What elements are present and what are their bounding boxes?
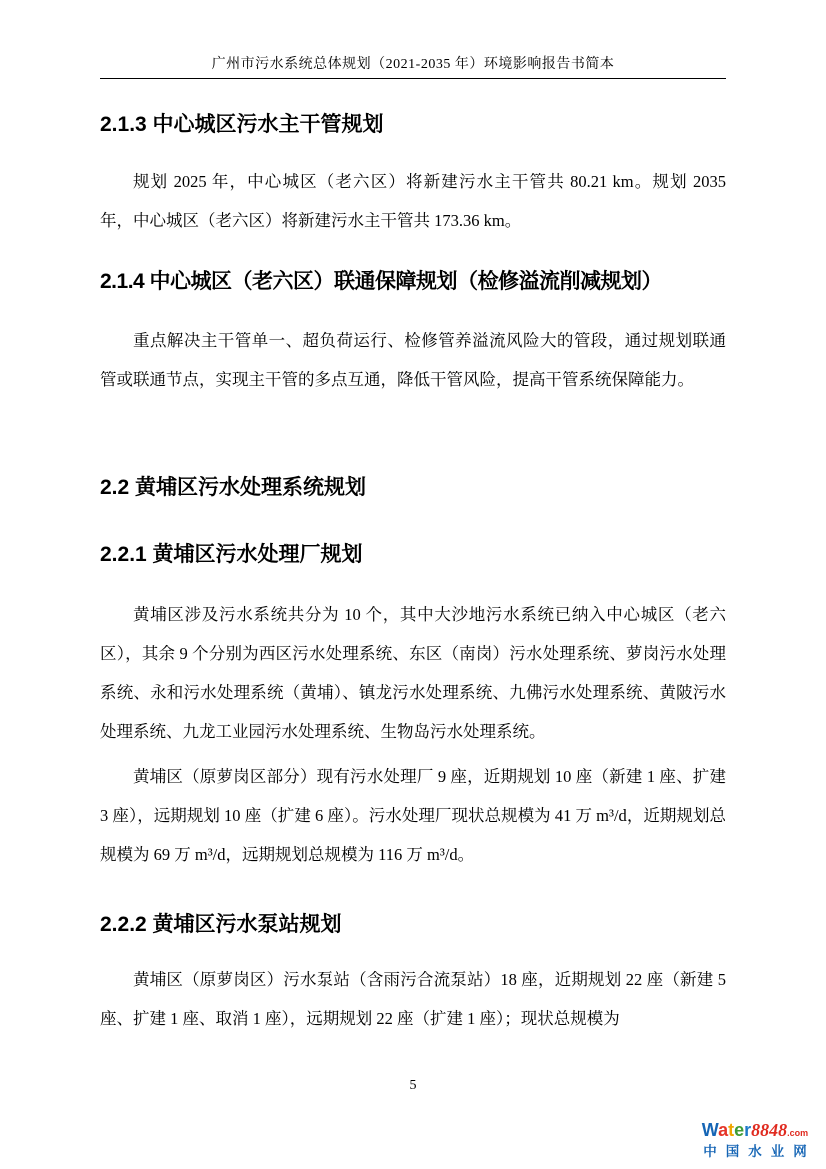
water8848-logo: Water8848.com 中国水业网 xyxy=(687,1120,823,1161)
logo-tld: .com xyxy=(787,1128,808,1138)
section-heading-2-1-3: 2.1.3 中心城区污水主干管规划 xyxy=(100,111,726,139)
logo-number: 8848 xyxy=(751,1120,787,1140)
paragraph-2-2-2: 黄埔区（原萝岗区）污水泵站（含雨污合流泵站）18 座，近期规划 22 座（新建 … xyxy=(100,960,726,1038)
logo-letter-w: W xyxy=(702,1120,718,1140)
section-heading-2-2: 2.2 黄埔区污水处理系统规划 xyxy=(100,474,726,502)
section-heading-2-1-4: 2.1.4 中心城区（老六区）联通保障规划（检修溢流削减规划） xyxy=(100,268,726,296)
paragraph-2-2-1-b: 黄埔区（原萝岗区部分）现有污水处理厂 9 座，近期规划 10 座（新建 1 座、… xyxy=(100,757,726,874)
paragraph-2-1-4: 重点解决主干管单一、超负荷运行、检修管养溢流风险大的管段，通过规划联通管或联通节… xyxy=(100,321,726,399)
section-heading-2-2-2: 2.2.2 黄埔区污水泵站规划 xyxy=(100,911,726,939)
paragraph-2-1-3: 规划 2025 年，中心城区（老六区）将新建污水主干管共 80.21 km。规划… xyxy=(100,162,726,240)
logo-letter-a: a xyxy=(718,1120,728,1140)
section-heading-2-2-1: 2.2.1 黄埔区污水处理厂规划 xyxy=(100,541,726,569)
header-rule xyxy=(100,78,726,79)
logo-letter-e: e xyxy=(734,1120,744,1140)
page-number: 5 xyxy=(0,1078,826,1094)
document-page: 广州市污水系统总体规划（2021-2035 年）环境影响报告书简本 2.1.3 … xyxy=(0,0,826,1169)
logo-subtitle: 中国水业网 xyxy=(687,1143,823,1161)
paragraph-2-2-1-a: 黄埔区涉及污水系统共分为 10 个，其中大沙地污水系统已纳入中心城区（老六区），… xyxy=(100,595,726,751)
logo-word-water: Water xyxy=(702,1120,751,1140)
logo-wordmark: Water8848.com xyxy=(687,1120,823,1143)
page-header-title: 广州市污水系统总体规划（2021-2035 年）环境影响报告书简本 xyxy=(100,56,726,74)
